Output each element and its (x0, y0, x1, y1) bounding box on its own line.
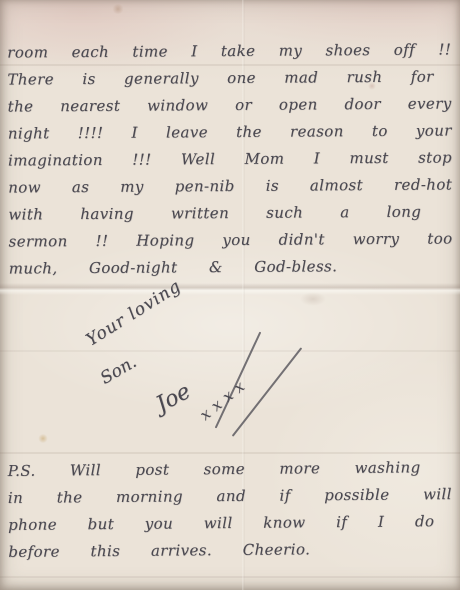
letter-line: imagination !!! Well Mom I must stop (8, 144, 452, 174)
signature-closing-line2: Son. (97, 352, 140, 388)
signature-kisses: xxxx (196, 374, 252, 424)
letter-line: with having written such a long (8, 199, 421, 229)
paper-stain (38, 434, 48, 443)
postscript-line: before this arrives. Cheerio. (8, 536, 310, 566)
postscript-line: phone but you will know if I do (8, 508, 434, 539)
signature-name: Joe (152, 379, 195, 418)
fold-crease (0, 350, 460, 352)
postscript-block: P.S. Will post some more washing in the … (8, 454, 453, 566)
letter-body: room each time I take my shoes off !! Th… (7, 36, 453, 282)
letter-line: room each time I take my shoes off !! (7, 36, 451, 66)
postscript-line: P.S. Will post some more washing (8, 454, 421, 485)
letter-line: There is generally one mad rush for (7, 64, 433, 94)
letter-line: sermon !! Hoping you didn't worry too (8, 225, 452, 255)
letter-line: night !!!! I leave the reason to your (8, 117, 452, 147)
fold-crease (0, 576, 460, 578)
signature-closing-line1: Your loving (83, 276, 185, 350)
fold-crease-main (0, 283, 460, 295)
signature-flourish-stroke (215, 332, 262, 429)
letter-page: room each time I take my shoes off !! Th… (0, 0, 460, 590)
letter-line: now as my pen-nib is almost red-hot (8, 171, 452, 201)
letter-line: the nearest window or open door every (8, 90, 452, 120)
postscript-line: in the morning and if possible will (8, 481, 452, 512)
paper-stain (300, 292, 326, 306)
paper-stain (112, 4, 124, 14)
